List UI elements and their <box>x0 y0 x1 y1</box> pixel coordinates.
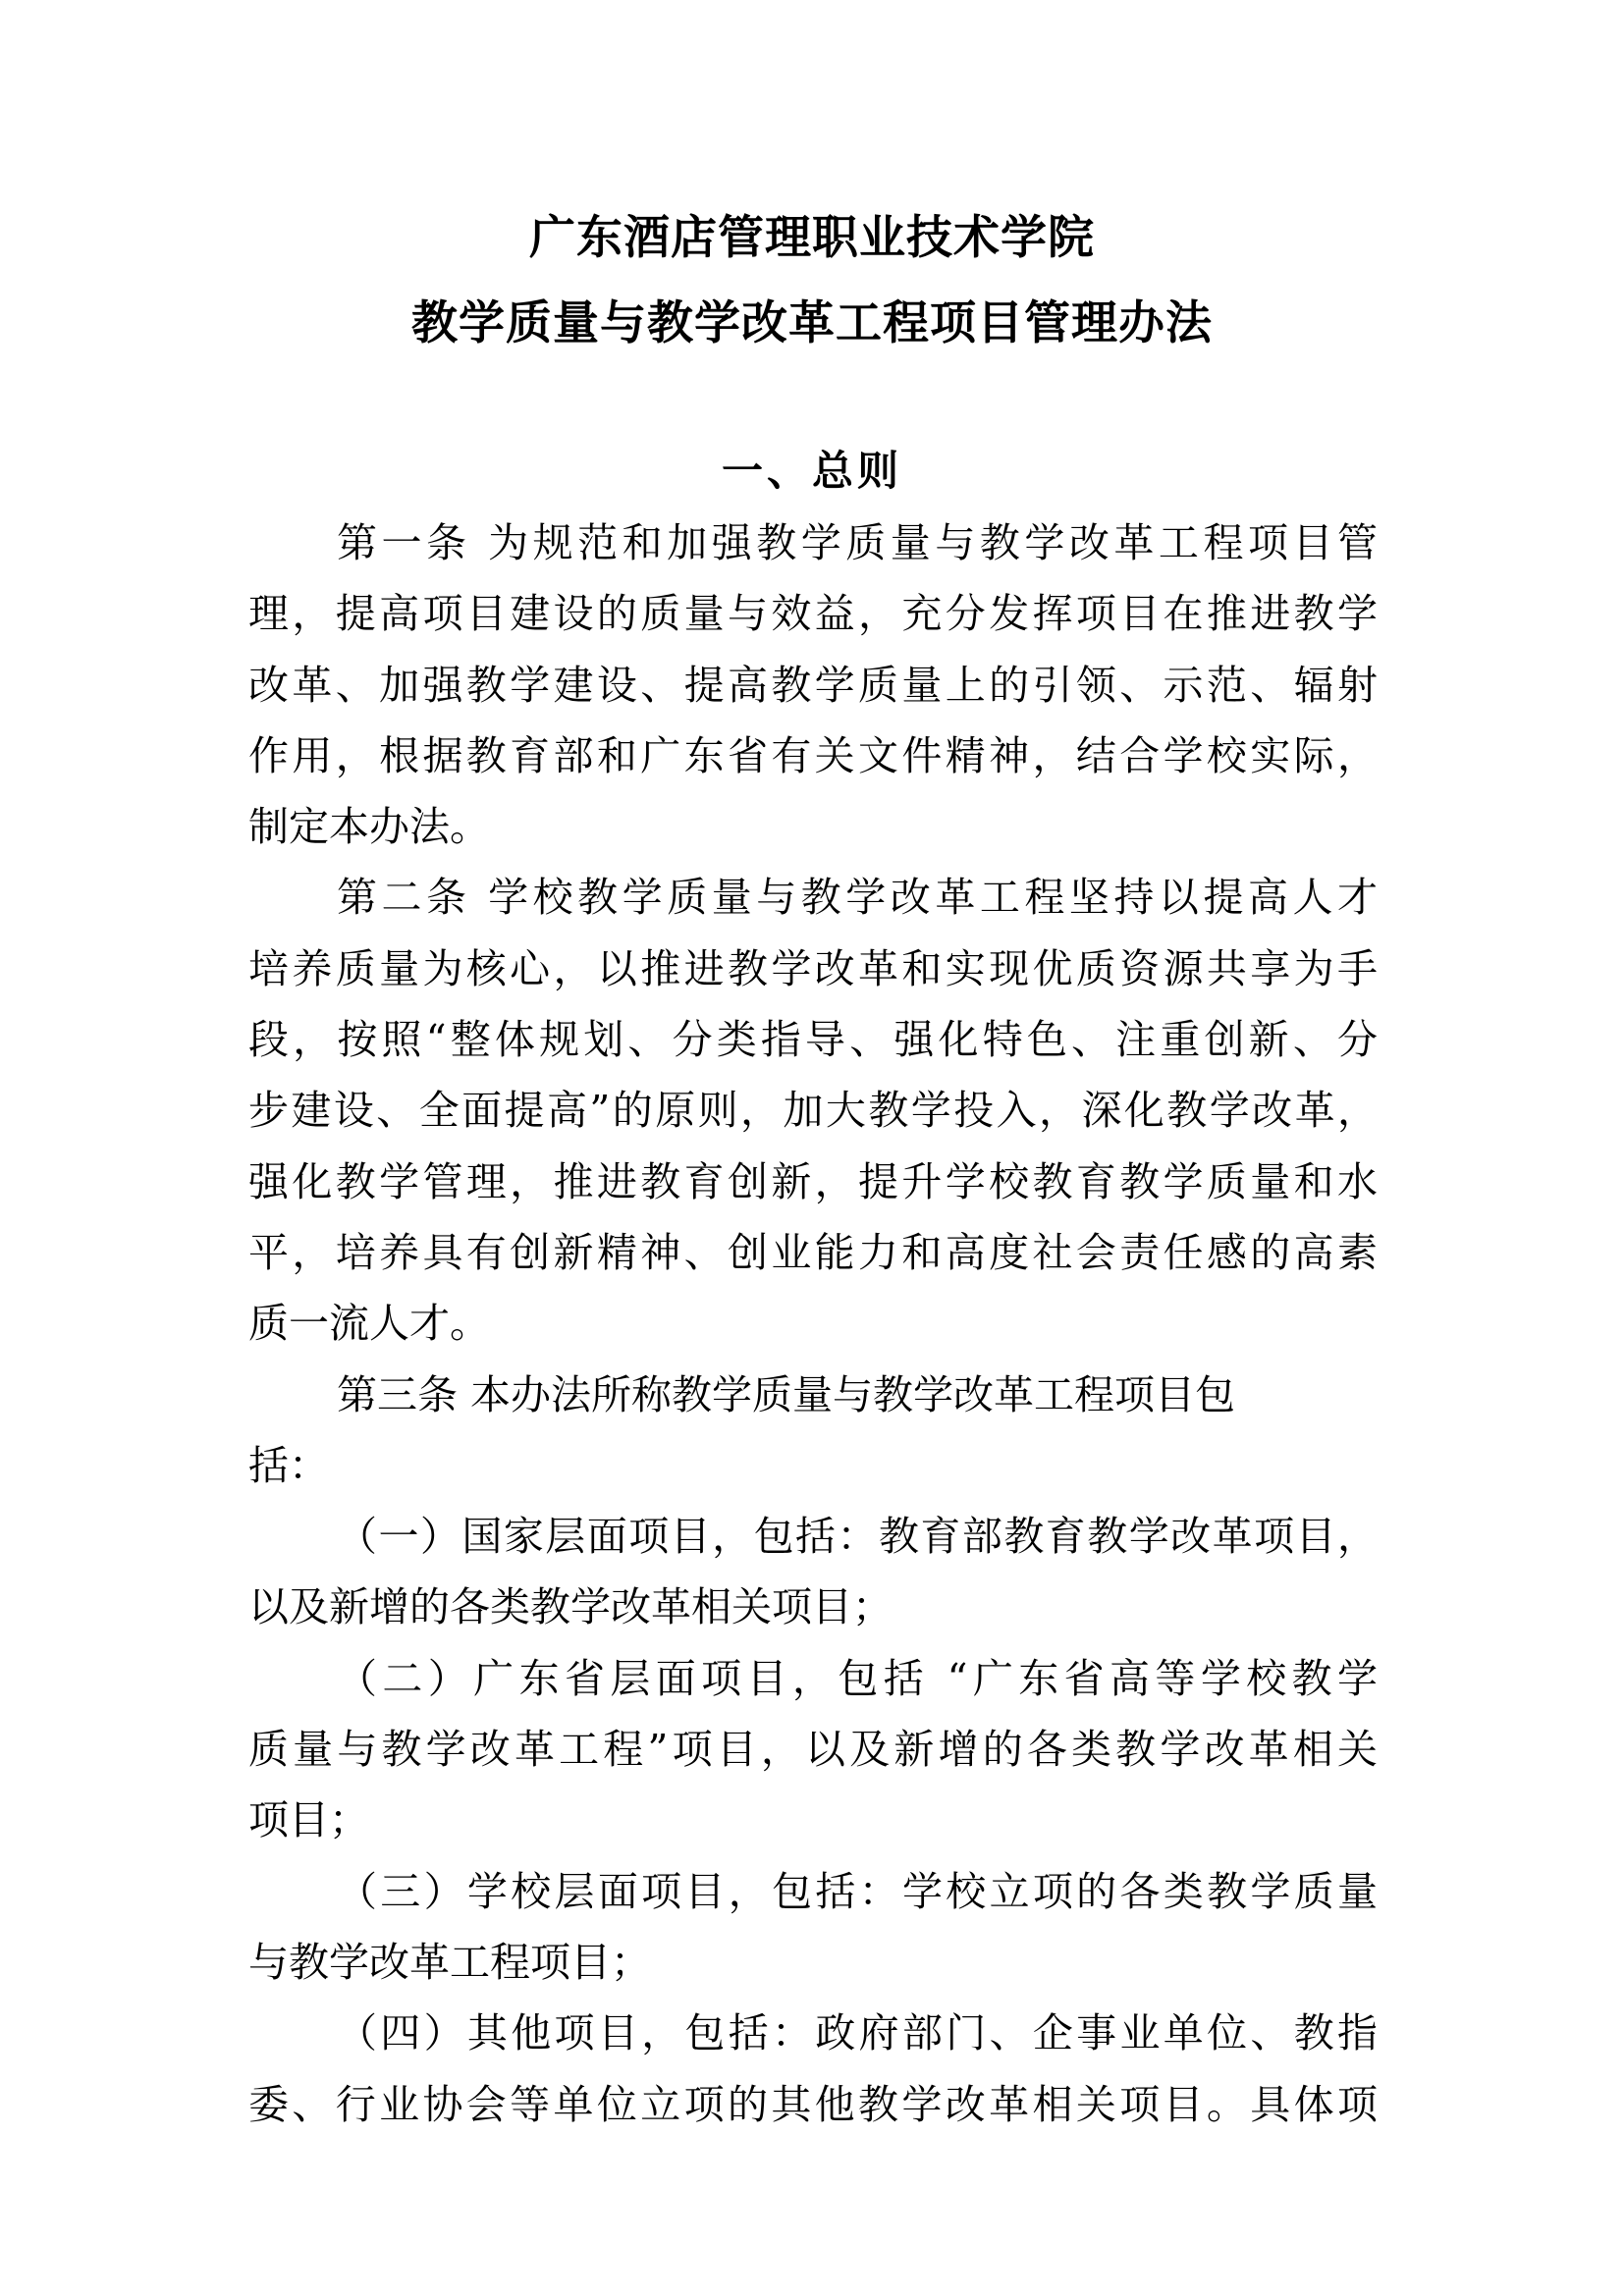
text-line: （三）学校层面项目，包括：学校立项的各类教学质量 <box>248 1856 1378 1927</box>
text-line: 理，提高项目建设的质量与效益，充分发挥项目在推进教学 <box>248 578 1378 649</box>
text-line-content: 制定本办法。 <box>248 791 1378 862</box>
text-line: 质量与教学改革工程”项目，以及新增的各类教学改革相关 <box>248 1714 1378 1785</box>
text-line: 第三条 本办法所称教学质量与教学改革工程项目包 <box>248 1360 1378 1430</box>
text-line-content: 作用，根据教育部和广东省有关文件精神，结合学校实际， <box>248 721 1378 791</box>
text-line-content: 改革、加强教学建设、提高教学质量上的引领、示范、辐射 <box>248 650 1378 721</box>
text-line: 段，按照“整体规划、分类指导、强化特色、注重创新、分 <box>248 1004 1378 1075</box>
text-line-content: 强化教学管理，推进教育创新，提升学校教育教学质量和水 <box>248 1147 1378 1217</box>
text-line: （二）广东省层面项目，包括 “广东省高等学校教学 <box>248 1643 1378 1714</box>
text-line: 项目； <box>248 1785 1378 1855</box>
text-line: （四）其他项目，包括：政府部门、企事业单位、教指 <box>248 1998 1378 2068</box>
text-line: 制定本办法。 <box>248 791 1378 862</box>
text-line: 培养质量为核心，以推进教学改革和实现优质资源共享为手 <box>248 934 1378 1004</box>
text-line-content: （三）学校层面项目，包括：学校立项的各类教学质量 <box>337 1856 1378 1927</box>
text-line: （一）国家层面项目，包括：教育部教育教学改革项目， <box>248 1501 1378 1572</box>
text-line-content: 括： <box>248 1430 1378 1501</box>
text-line: 委、行业协会等单位立项的其他教学改革相关项目。具体项 <box>248 2069 1378 2140</box>
text-line-content: （四）其他项目，包括：政府部门、企事业单位、教指 <box>337 1998 1378 2068</box>
body-text: 第一条 为规范和加强教学质量与教学改革工程项目管理，提高项目建设的质量与效益，充… <box>248 507 1378 2140</box>
text-line: 平，培养具有创新精神、创业能力和高度社会责任感的高素 <box>248 1217 1378 1288</box>
text-line-content: 段，按照“整体规划、分类指导、强化特色、注重创新、分 <box>248 1004 1378 1075</box>
text-line-content: 质一流人才。 <box>248 1288 1378 1359</box>
text-line: 第一条 为规范和加强教学质量与教学改革工程项目管 <box>248 507 1378 578</box>
text-line-content: 步建设、全面提高”的原则，加大教学投入，深化教学改革， <box>248 1075 1378 1146</box>
text-line: 改革、加强教学建设、提高教学质量上的引领、示范、辐射 <box>248 650 1378 721</box>
text-line-content: （一）国家层面项目，包括：教育部教育教学改革项目， <box>337 1501 1378 1572</box>
text-line: 与教学改革工程项目； <box>248 1927 1378 1998</box>
text-line-content: 委、行业协会等单位立项的其他教学改革相关项目。具体项 <box>248 2069 1378 2140</box>
text-line-content: 第二条 学校教学质量与教学改革工程坚持以提高人才 <box>337 862 1378 933</box>
text-line: 作用，根据教育部和广东省有关文件精神，结合学校实际， <box>248 721 1378 791</box>
text-line-content: 质量与教学改革工程”项目，以及新增的各类教学改革相关 <box>248 1714 1378 1785</box>
text-line: 质一流人才。 <box>248 1288 1378 1359</box>
text-line-content: 项目； <box>248 1785 1378 1855</box>
text-line-content: 第一条 为规范和加强教学质量与教学改革工程项目管 <box>337 507 1378 578</box>
text-line: 以及新增的各类教学改革相关项目； <box>248 1572 1378 1642</box>
text-line-content: 平，培养具有创新精神、创业能力和高度社会责任感的高素 <box>248 1217 1378 1288</box>
text-line-content: 以及新增的各类教学改革相关项目； <box>248 1572 1378 1642</box>
text-line-content: （二）广东省层面项目，包括 “广东省高等学校教学 <box>337 1643 1378 1714</box>
section-heading: 一、总则 <box>0 444 1624 499</box>
text-line: 括： <box>248 1430 1378 1501</box>
text-line-content: 与教学改革工程项目； <box>248 1927 1378 1998</box>
text-line: 第二条 学校教学质量与教学改革工程坚持以提高人才 <box>248 862 1378 933</box>
text-line: 步建设、全面提高”的原则，加大教学投入，深化教学改革， <box>248 1075 1378 1146</box>
text-line: 强化教学管理，推进教育创新，提升学校教育教学质量和水 <box>248 1147 1378 1217</box>
text-line-content: 培养质量为核心，以推进教学改革和实现优质资源共享为手 <box>248 934 1378 1004</box>
text-line-content: 第三条 本办法所称教学质量与教学改革工程项目包 <box>337 1360 1378 1430</box>
document-title-line-1: 广东酒店管理职业技术学院 <box>0 209 1624 268</box>
document-page: 广东酒店管理职业技术学院 教学质量与教学改革工程项目管理办法 一、总则 第一条 … <box>0 0 1624 2296</box>
text-line-content: 理，提高项目建设的质量与效益，充分发挥项目在推进教学 <box>248 578 1378 649</box>
document-title-line-2: 教学质量与教学改革工程项目管理办法 <box>0 294 1624 353</box>
